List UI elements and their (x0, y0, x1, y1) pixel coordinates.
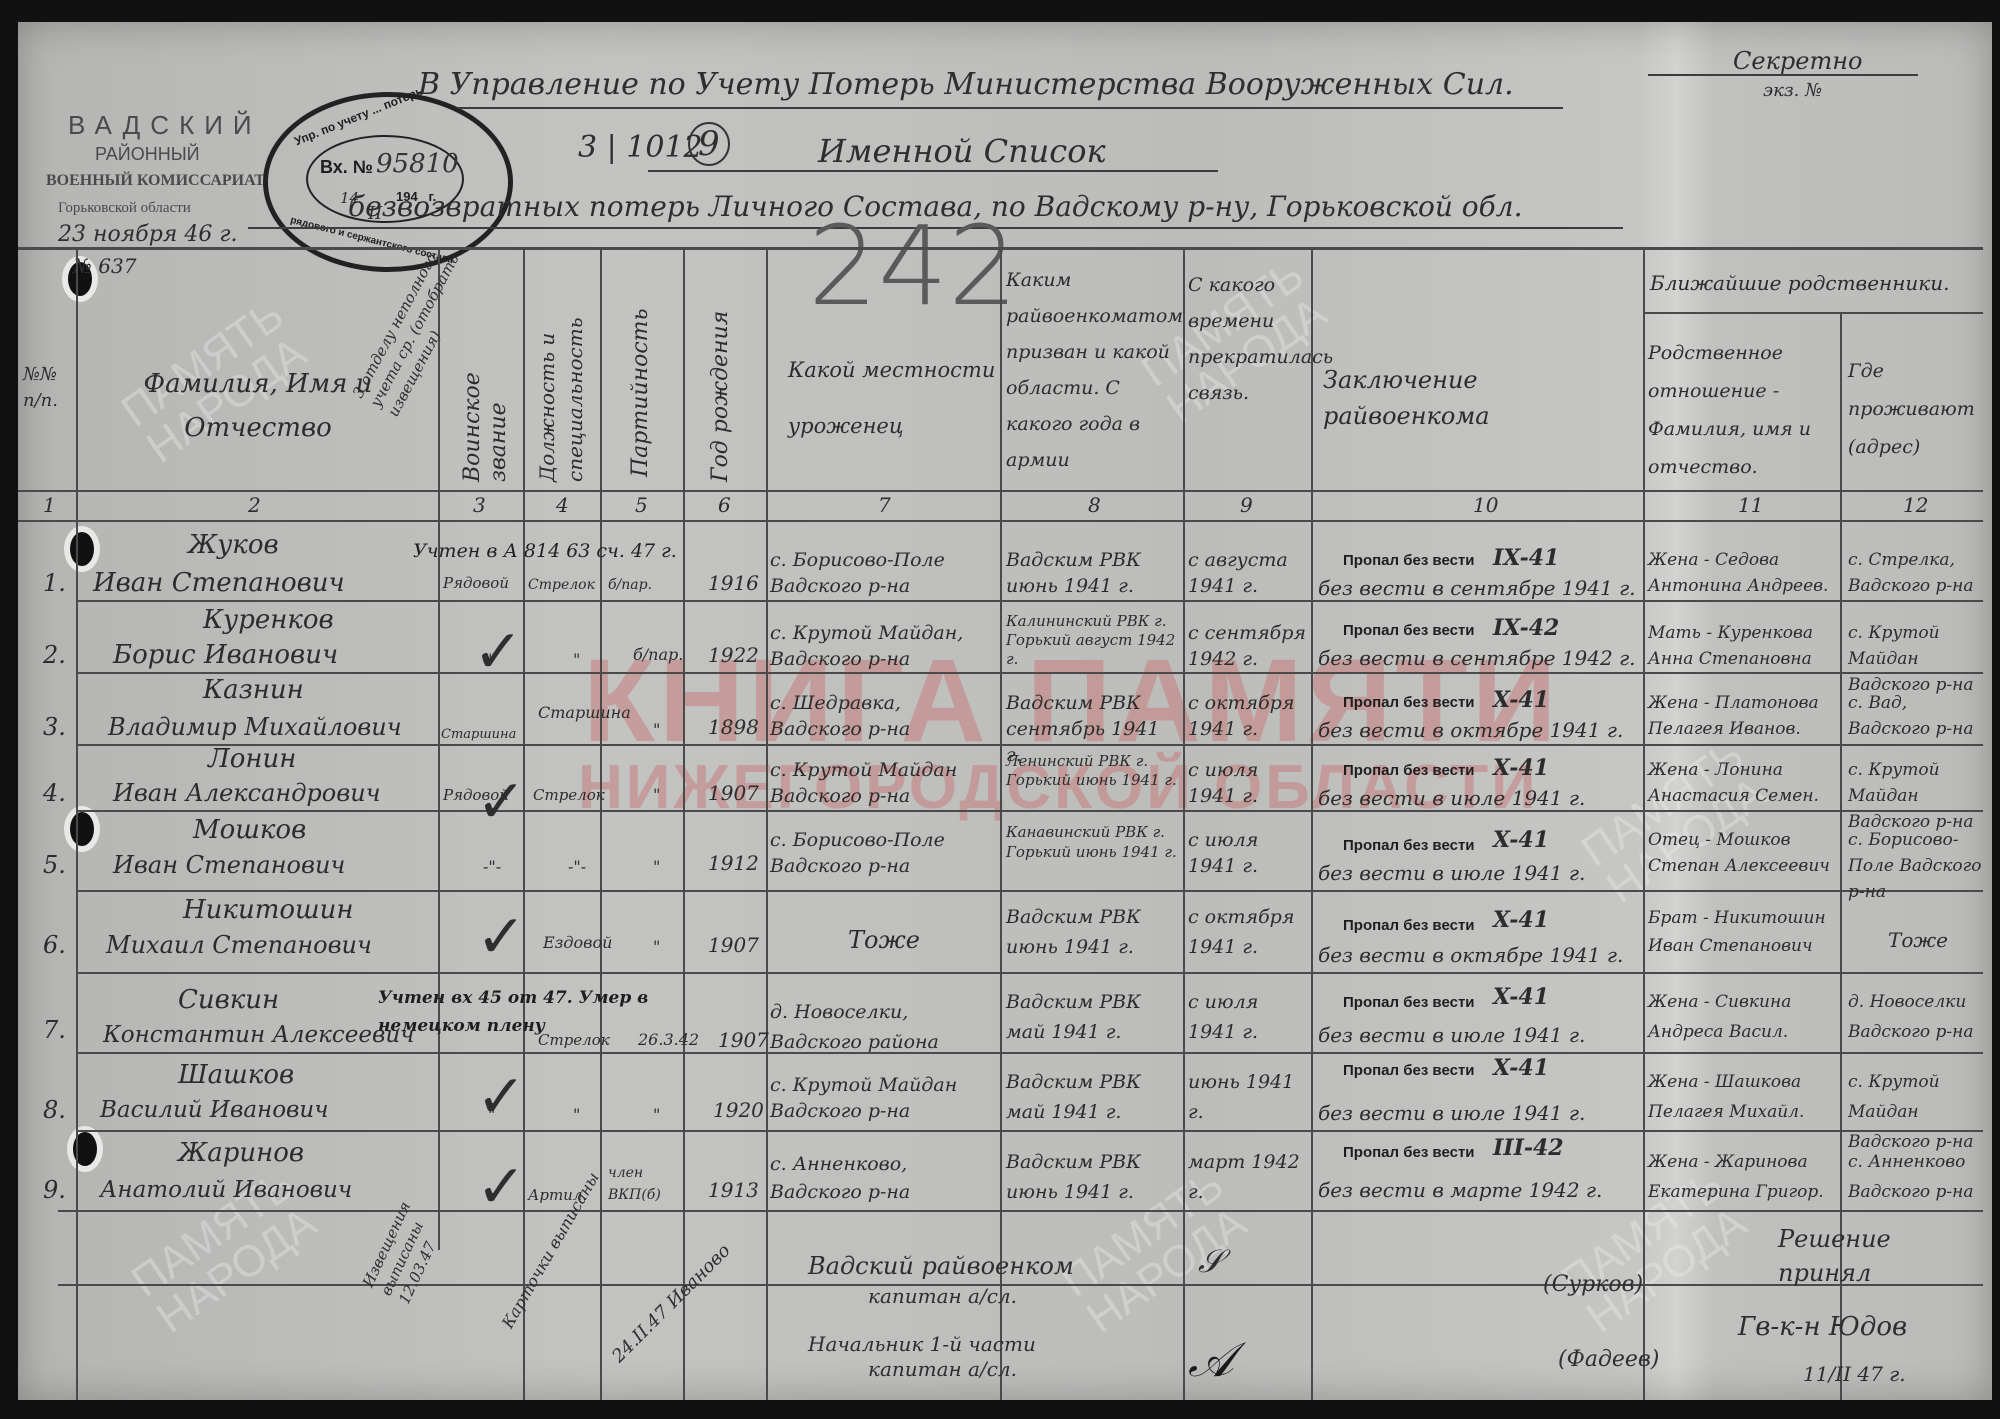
post: Ездовой (543, 930, 612, 956)
relative-address: с. Крутой Майдан Вадского р-на (1848, 757, 1983, 835)
col-header-5: Партийность (628, 287, 654, 477)
birth-year: 1912 (708, 850, 759, 876)
big-list-number: 242 (808, 202, 1018, 330)
row-number: 4. (43, 780, 66, 806)
row-number: 6. (43, 932, 66, 958)
birth-year: 1922 (708, 642, 759, 668)
col-header-1: №№ п/п. (23, 362, 73, 414)
conclusion-mark: X-41 (1493, 687, 1549, 713)
surname: Мошков (193, 817, 306, 843)
signer2-signature: 𝒜 (1188, 1332, 1233, 1389)
col-header-11: Родственное отношение - Фамилия, имя и о… (1648, 334, 1838, 486)
col-number: 5 (635, 492, 648, 518)
relative: Брат - Никитошин Иван Степанович (1648, 904, 1838, 960)
given-names: Иван Степанович (93, 570, 345, 596)
column-divider (1183, 250, 1185, 1400)
col-number: 11 (1738, 492, 1763, 518)
column-divider (76, 247, 78, 1400)
party: " (653, 934, 660, 960)
birthplace: с. Борисово-Поле Вадского р-на (770, 547, 998, 599)
drafted-by: Калининский РВК г. Горький август 1942 г… (1006, 612, 1181, 669)
relative-address: с. Стрелка, Вадского р-на (1848, 547, 1983, 599)
document-sheet: КНИГА ПАМЯТИ НИЖЕГОРОДСКОЙ ОБЛАСТИ ПАМЯТ… (18, 22, 1992, 1400)
column-divider (766, 250, 768, 1400)
decision-date: 11/II 47 г. (1803, 1362, 1906, 1386)
party: б/пар. (608, 572, 652, 598)
row-divider (76, 1052, 1983, 1054)
rule (458, 107, 1563, 109)
conclusion-mark: X-41 (1493, 984, 1549, 1010)
drafted-by: Вадским РВК июнь 1941 г. (1006, 902, 1181, 962)
relative: Жена - Платонова Пелагея Иванов. (1648, 690, 1838, 742)
copy-number: экз. № (1763, 80, 1822, 101)
relative: Отец - Мошков Степан Алексеевич (1648, 827, 1838, 879)
conclusion-text: без вести в июле 1941 г. (1318, 785, 1585, 811)
row-divider (76, 810, 1983, 812)
signer2-rank: капитан а/сл. (868, 1357, 1017, 1381)
relative-address: с. Борисово-Поле Вадского р-на (1848, 827, 1983, 905)
col-header-3: Воинское звание (460, 292, 512, 482)
conclusion-stamp: Пропал без вести (1343, 837, 1475, 854)
conclusion-stamp: Пропал без вести (1343, 1144, 1475, 1161)
column-divider (683, 250, 685, 1400)
issuer-region: Горьковской области (58, 200, 191, 217)
birth-year: 1913 (708, 1177, 759, 1203)
col-number: 9 (1240, 492, 1253, 518)
relative: Мать - Куренкова Анна Степановна (1648, 620, 1838, 672)
relative-address: д. Новоселки Вадского р-на (1848, 987, 1983, 1047)
birthplace: с. Крутой Майдан Вадского р-на (770, 1072, 998, 1124)
conclusion-mark: III-42 (1493, 1135, 1564, 1161)
row-number: 1. (43, 570, 66, 596)
contact-lost-since: с октября 1941 г. (1188, 902, 1308, 962)
conclusion-stamp: Пропал без вести (1343, 917, 1475, 934)
conclusion-text: без вести в сентябре 1942 г. (1318, 645, 1636, 671)
col-header-9: С какого времени прекратилась связь. (1188, 267, 1308, 411)
row-divider (76, 672, 1983, 674)
check-mark-icon: ✓ (476, 1152, 526, 1222)
drafted-by: Вадским РВК май 1941 г. (1006, 987, 1181, 1047)
row-number: 2. (43, 642, 66, 668)
col-header-4: Должность и специальность (533, 277, 589, 482)
relative-address: с. Анненково Вадского р-на (1848, 1147, 1983, 1207)
row-divider (76, 972, 1983, 974)
row-number: 9. (43, 1177, 66, 1203)
surname: Жаринов (178, 1140, 304, 1166)
conclusion-stamp: Пропал без вести (1343, 994, 1475, 1011)
classification-mark: Секретно (1733, 47, 1862, 75)
surname: Никитошин (183, 897, 354, 923)
party: " (653, 717, 660, 743)
conclusion-mark: X-41 (1493, 827, 1549, 853)
column-divider (1643, 250, 1645, 1400)
rank: Старшина (441, 722, 516, 748)
col-header-6: Год рождения (708, 292, 734, 482)
party: " (653, 1102, 660, 1128)
given-names: Михаил Степанович (106, 932, 372, 958)
rank: -"- (483, 854, 501, 880)
given-names: Борис Иванович (113, 642, 338, 668)
signer2-title: Начальник 1-й части (808, 1332, 1036, 1356)
stamp-inbox-label: Вх. № (320, 157, 373, 178)
surname: Казнин (203, 677, 304, 703)
row-divider (76, 600, 1983, 602)
col-number: 10 (1473, 492, 1498, 518)
rule (648, 170, 1218, 172)
col-number: 2 (248, 492, 261, 518)
row-number: 5. (43, 852, 66, 878)
check-mark-icon: ✓ (476, 902, 526, 972)
contact-lost-since: с октября 1941 г. (1188, 690, 1308, 742)
birth-year: 1907 (708, 932, 759, 958)
relative: Жена - Жаринова Екатерина Григор. (1648, 1147, 1838, 1207)
col-number: 7 (878, 492, 891, 518)
drafted-by: Вадским РВК июнь 1941 г. (1006, 1147, 1181, 1207)
conclusion-mark: X-41 (1493, 1055, 1549, 1081)
conclusion-text: без вести в сентябре 1941 г. (1318, 575, 1636, 601)
document-title: Именной Список (818, 132, 1106, 170)
document-reference-circled: 9 (688, 122, 730, 166)
row-number: 8. (43, 1097, 66, 1123)
birth-year: 1907 (708, 780, 759, 806)
col-number: 1 (43, 492, 56, 518)
check-mark-icon: ✓ (476, 767, 526, 837)
footer-note-date: 24.II.47 Иваново (608, 1240, 735, 1367)
drafted-by: Вадским РВК май 1941 г. (1006, 1067, 1181, 1127)
col-number: 8 (1088, 492, 1101, 518)
birthplace: д. Новоселки, Вадского района (770, 997, 998, 1057)
issuer-name: ВАДСКИЙ (68, 110, 262, 141)
birthplace: с. Крутой Майдан, Вадского р-на (770, 620, 998, 672)
drafted-by: Вадским РВК июнь 1941 г. (1006, 547, 1181, 599)
issuer-district: РАЙОННЫЙ (95, 144, 200, 165)
party: " (653, 782, 660, 808)
relative: Жена - Лонина Анастасия Семен. (1648, 757, 1838, 809)
conclusion-stamp: Пропал без вести (1343, 552, 1475, 569)
column-divider (1311, 250, 1313, 1400)
col-number: 4 (556, 492, 569, 518)
issuer-commissariat: ВОЕННЫЙ КОМИССАРИАТ (46, 172, 265, 190)
contact-lost-since: с июля 1941 г. (1188, 987, 1308, 1047)
party: б/пар. (633, 642, 683, 668)
given-names: Константин Алексеевич (103, 1022, 414, 1048)
surname: Жуков (188, 532, 279, 558)
document-number: № 637 (73, 254, 136, 278)
decision-signature: Гв-к-н Юдов (1738, 1312, 1907, 1342)
relative-address: с. Крутой Майдан Вадского р-на (1848, 620, 1983, 698)
post: Стрелок (528, 572, 595, 598)
contact-lost-since: с июля 1941 г. (1188, 827, 1308, 879)
conclusion-mark: IX-42 (1493, 615, 1559, 641)
column-divider (600, 250, 602, 1400)
conclusion-stamp: Пропал без вести (1343, 762, 1475, 779)
check-mark-icon: ✓ (476, 1062, 526, 1132)
relative: Жена - Шашкова Пелагея Михайл. (1648, 1067, 1838, 1127)
party: " (653, 854, 660, 880)
drafted-by: Канавинский РВК г. Горький июнь 1941 г. (1006, 822, 1181, 862)
post: -"- (568, 854, 586, 880)
birthplace: Тоже (848, 927, 920, 953)
contact-lost-since: с сентября 1942 г. (1188, 620, 1308, 672)
col-number: 6 (718, 492, 731, 518)
row-number: 3. (43, 714, 66, 740)
birth-year: 1898 (708, 714, 759, 740)
relative: Жена - Сивкина Андреса Васил. (1648, 987, 1838, 1047)
birth-year: 1907 (718, 1027, 769, 1053)
relative-address: с. Вад, Вадского р-на (1848, 690, 1983, 742)
contact-lost-since: с июля 1941 г. (1188, 757, 1308, 809)
post: " (573, 647, 580, 673)
surname: Сивкин (178, 987, 279, 1013)
party: член ВКП(б) (608, 1162, 683, 1206)
birthplace: с. Анненково, Вадского р-на (770, 1150, 998, 1206)
column-divider (438, 250, 440, 1250)
relative-address: Тоже (1888, 927, 1948, 953)
check-mark-icon: ✓ (473, 617, 523, 687)
document-reference: 3 | 1012 (578, 130, 703, 165)
post: Стрелок (533, 782, 605, 808)
surname: Шашков (178, 1062, 294, 1088)
addressee-line: В Управление по Учету Потерь Министерств… (418, 67, 1514, 102)
relative-address: с. Крутой Майдан Вадского р-на (1848, 1067, 1983, 1157)
rule (1648, 74, 1918, 76)
conclusion-text: без вести в июле 1941 г. (1318, 860, 1585, 886)
stamp-inbox-number: 95810 (376, 149, 459, 179)
conclusion-mark: IX-41 (1493, 545, 1559, 571)
row-divider (58, 1284, 1983, 1286)
relative: Жена - Седова Антонина Андреев. (1648, 547, 1838, 599)
conclusion-mark: X-41 (1493, 907, 1549, 933)
column-divider (1000, 250, 1002, 1400)
document-date: 23 ноября 46 г. (58, 222, 237, 247)
contact-lost-since: март 1942 г. (1188, 1147, 1308, 1207)
col-header-8: Каким райвоенкоматом призван и какой обл… (1006, 262, 1181, 478)
conclusion-stamp: Пропал без вести (1343, 622, 1475, 639)
row-divider (76, 890, 1983, 892)
given-names: Иван Степанович (113, 852, 345, 878)
surname: Куренков (203, 607, 334, 633)
conclusion-text: без вести в октябре 1941 г. (1318, 942, 1623, 968)
signer1-name: (Сурков) (1543, 1272, 1643, 1297)
signer2-name: (Фадеев) (1558, 1347, 1659, 1372)
row-divider (76, 1130, 1983, 1132)
post: " (573, 1102, 580, 1128)
contact-lost-since: с августа 1941 г. (1188, 547, 1308, 599)
conclusion-stamp: Пропал без вести (1343, 694, 1475, 711)
decision-label: Решение принял (1778, 1222, 1958, 1290)
surname: Лонин (208, 746, 296, 772)
conclusion-text: без вести в марте 1942 г. (1318, 1177, 1602, 1203)
punch-hole (70, 812, 94, 846)
given-names: Владимир Михайлович (108, 714, 402, 740)
col-number: 12 (1903, 492, 1928, 518)
col-number: 3 (473, 492, 486, 518)
conclusion-stamp: Пропал без вести (1343, 1062, 1475, 1079)
punch-hole (70, 532, 94, 566)
contact-lost-since: июнь 1941 г. (1188, 1067, 1308, 1127)
relatives-group-border (1643, 312, 1983, 314)
given-names: Василий Иванович (100, 1097, 329, 1123)
drafted-by: Ленинский РВК г. Горький июнь 1941 г. (1006, 752, 1181, 790)
conclusion-mark: X-41 (1493, 755, 1549, 781)
birthplace: с. Борисово-Поле Вадского р-на (770, 827, 998, 879)
col-header-10: Заключение райвоенкома (1323, 362, 1623, 434)
rank: Рядовой (443, 570, 509, 596)
row-annotation: Учтен в А 814 63 сч. 47 г. (413, 540, 677, 562)
signer1-signature: 𝒮 (1198, 1242, 1223, 1281)
post: Старшина (538, 702, 598, 724)
row-divider (58, 1210, 1983, 1212)
row-annotation: Учтен вх 45 от 47. Умер в немецком плену (378, 984, 698, 1040)
birthplace: с. Шедравка, Вадского р-на (770, 690, 998, 742)
conclusion-text: без вести в июле 1941 г. (1318, 1100, 1585, 1126)
conclusion-text: без вести в июле 1941 г. (1318, 1022, 1585, 1048)
given-names: Иван Александрович (113, 780, 381, 806)
birthplace: с. Крутой Майдан Вадского р-на (770, 757, 998, 809)
row-number: 7. (43, 1017, 66, 1043)
relatives-group-header: Ближайшие родственники. (1650, 270, 1980, 296)
conclusion-text: без вести в октябре 1941 г. (1318, 717, 1623, 743)
signer1-rank: капитан а/сл. (868, 1284, 1017, 1308)
col-header-12: Где проживают (адрес) (1848, 352, 1978, 466)
birth-year: 1920 (713, 1097, 764, 1123)
given-names: Анатолий Иванович (100, 1177, 352, 1203)
signer1-title: Вадский райвоенком (808, 1252, 1074, 1280)
birth-year: 1916 (708, 570, 759, 596)
col-header-7: Какой местности уроженец (788, 342, 998, 454)
